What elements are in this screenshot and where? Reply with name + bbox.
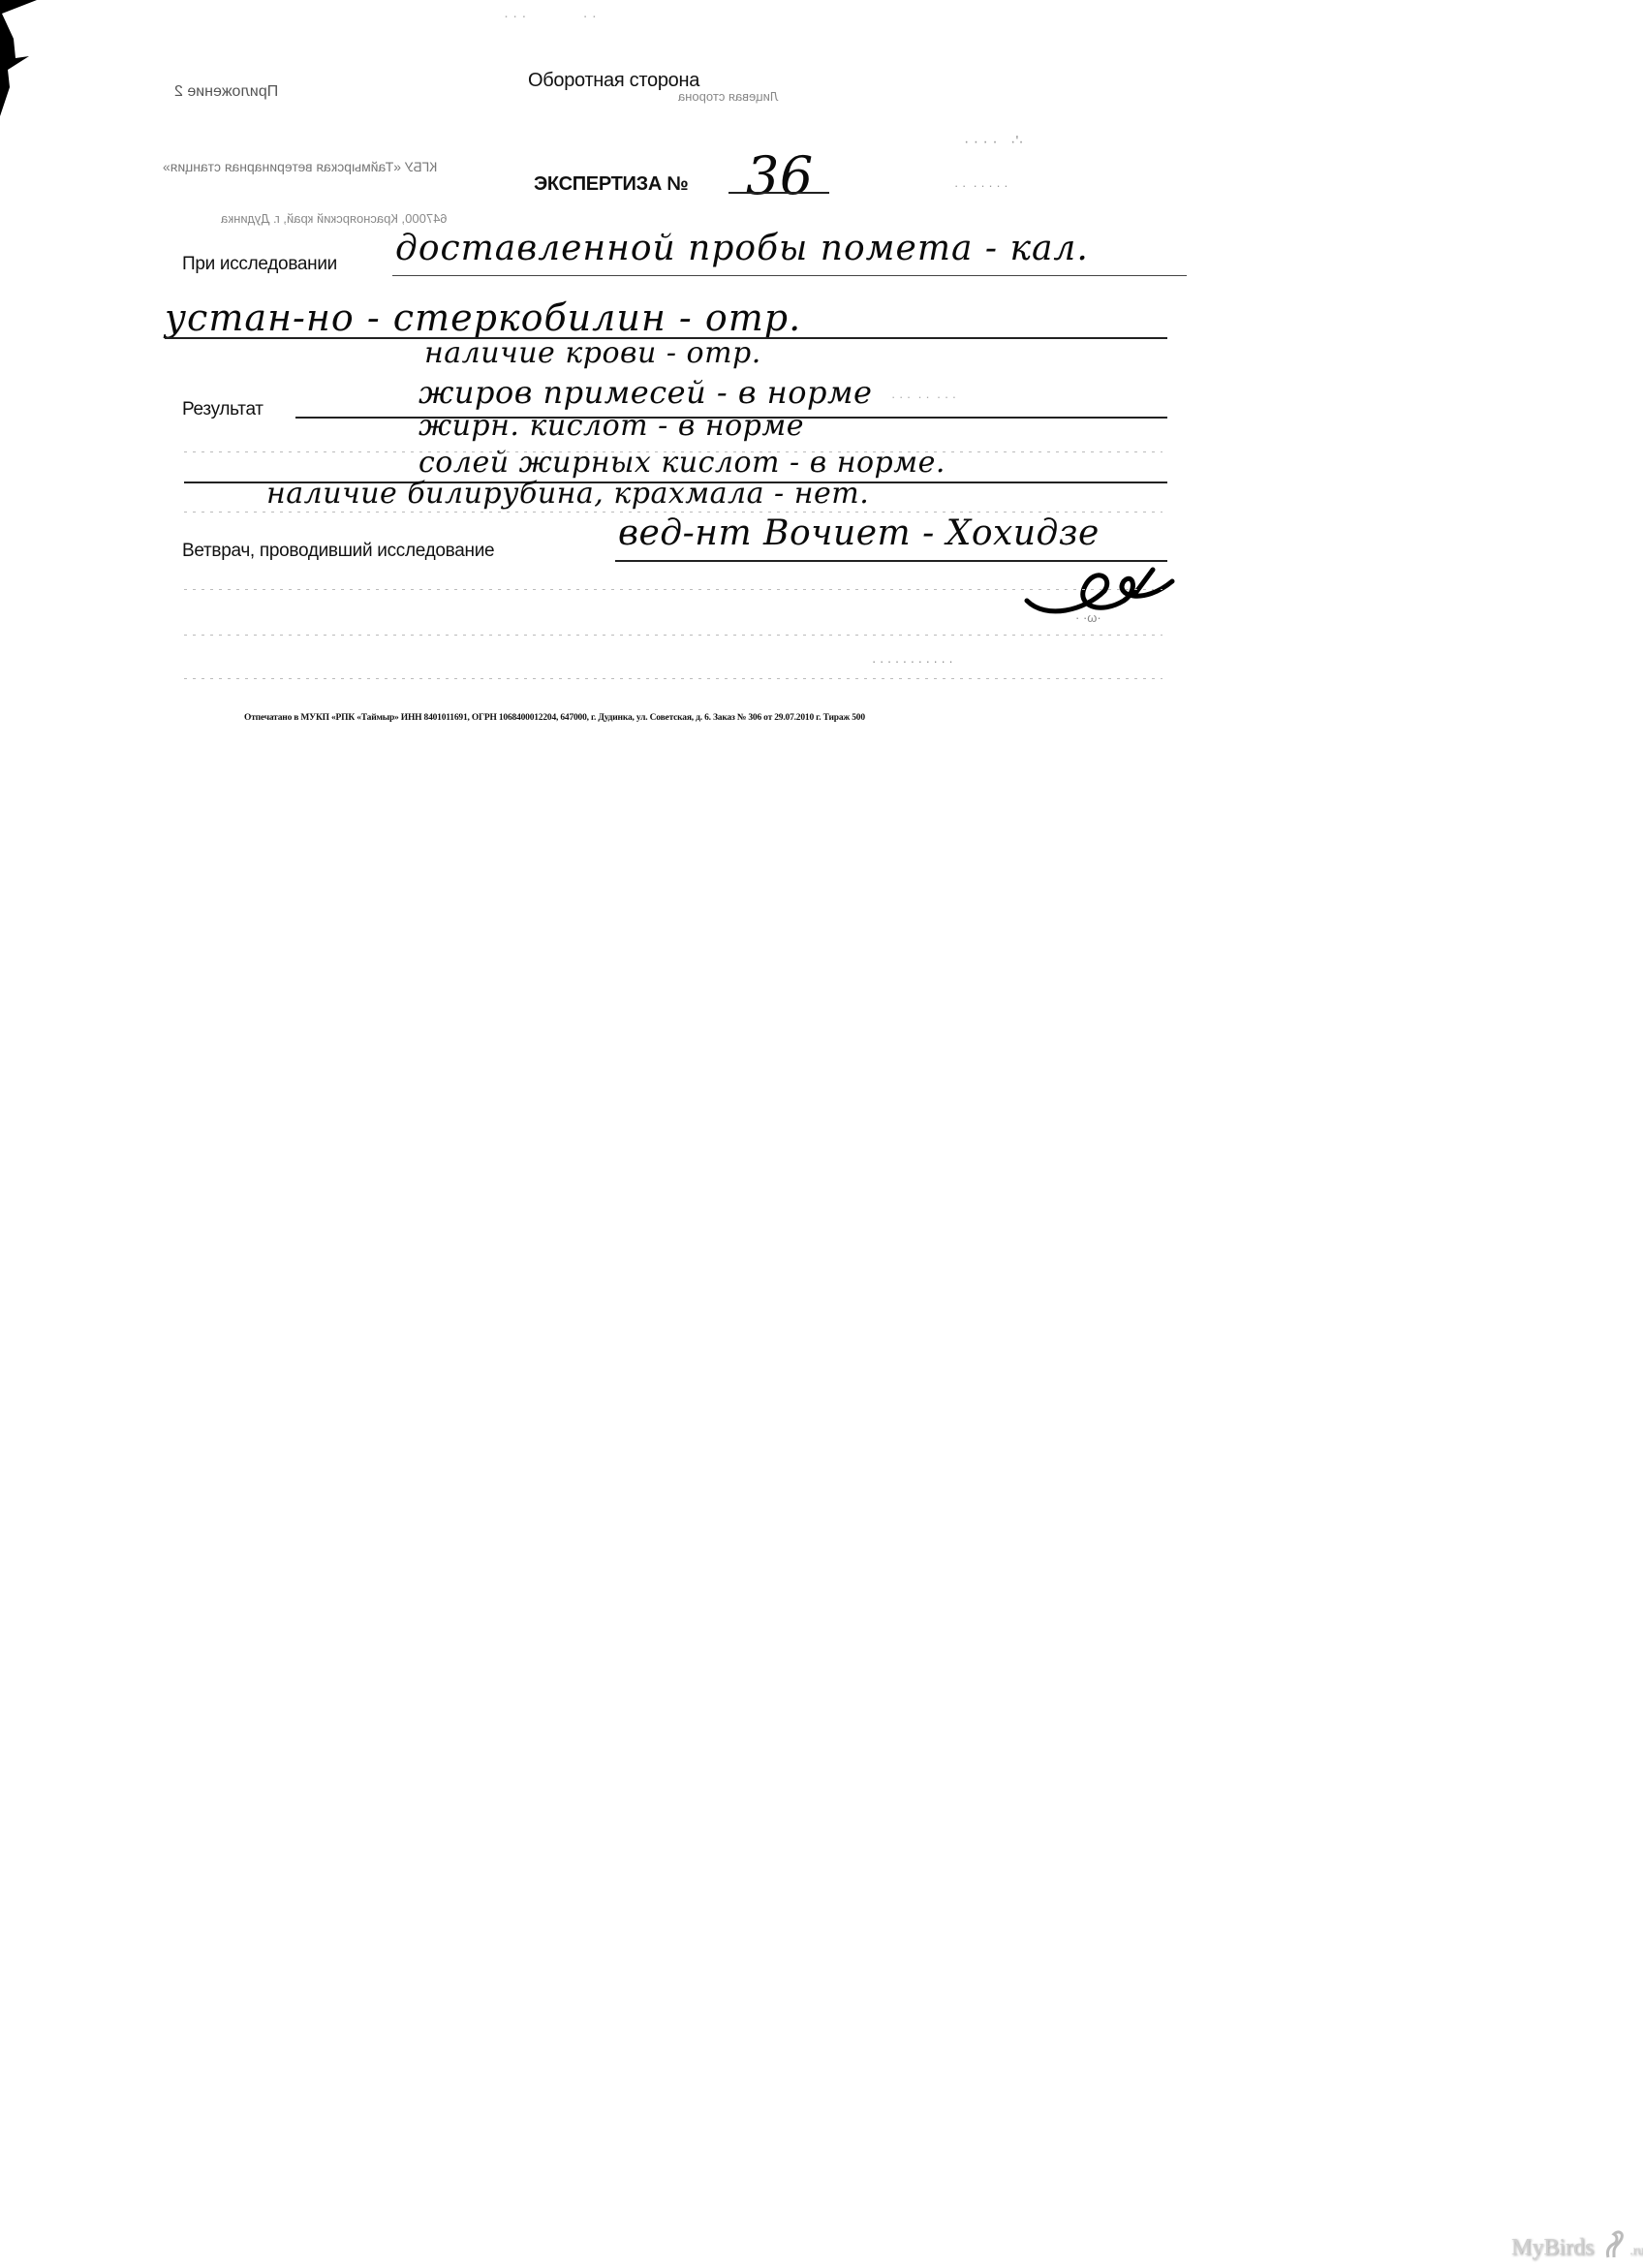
- result-line-1: жиров примесей - в норме: [418, 374, 872, 411]
- result-line-3: солей жирных кислот - в норме.: [418, 446, 945, 480]
- bleed-through-top: · · · · ·: [504, 8, 597, 24]
- bleed-through-stamp-2: · · · · · · ·: [954, 178, 1008, 193]
- bleed-through-bottom: · · · · · · · · · · ·: [872, 654, 953, 668]
- watermark-text: MyBirds: [1511, 2235, 1594, 2260]
- vet-label: Ветврач, проводивший исследование: [182, 541, 494, 562]
- bleed-through-appendix: Приложение 2: [174, 83, 278, 101]
- research-label: При исследовании: [182, 254, 337, 275]
- research-line-3: наличие крови - отр.: [424, 336, 761, 370]
- result-label: Результат: [182, 399, 263, 420]
- side-label: Оборотная сторона: [528, 70, 699, 92]
- vet-value: вед-нт Вочиет - Хохидзе: [618, 513, 1100, 553]
- research-line-2: устан-но - стеркобилин - отр.: [165, 296, 801, 339]
- result-dotted-4: [184, 512, 1162, 513]
- scan-edge-shadow: [0, 0, 107, 252]
- bleed-through-address: 647000, Красноярский край, г. Дудинка: [221, 211, 448, 226]
- research-line-1: доставленной пробы помета - кал.: [395, 229, 1089, 268]
- watermark: MyBirds .ru: [1511, 2228, 1643, 2261]
- print-footer: Отпечатано в МУКП «РПК «Таймыр» ИНН 8401…: [244, 713, 865, 723]
- expertise-number-underline: [728, 192, 829, 194]
- research-underline-1: [392, 275, 1187, 276]
- faint-line-1: [184, 589, 1162, 590]
- result-line-2: жирн. кислот - в норме: [418, 409, 804, 443]
- signature-icon: [1017, 562, 1192, 620]
- bird-logo-icon: [1600, 2228, 1626, 2261]
- result-line-4: наличие билирубина, крахмала - нет.: [266, 477, 869, 511]
- expertise-number: 36: [746, 145, 814, 206]
- bleed-through-sig: · ·ω·: [1075, 610, 1101, 625]
- bleed-through-stamp: · · · · ·'·: [964, 134, 1024, 151]
- faint-line-3: [184, 678, 1162, 679]
- watermark-suffix: .ru: [1629, 2244, 1643, 2258]
- bleed-through-result: · · · · · · · ·: [891, 389, 956, 404]
- expertise-title: ЭКСПЕРТИЗА №: [534, 173, 688, 196]
- bleed-through-institution: КГБУ «Таймырская ветеринарная станция»: [163, 159, 437, 174]
- faint-line-2: [184, 635, 1162, 636]
